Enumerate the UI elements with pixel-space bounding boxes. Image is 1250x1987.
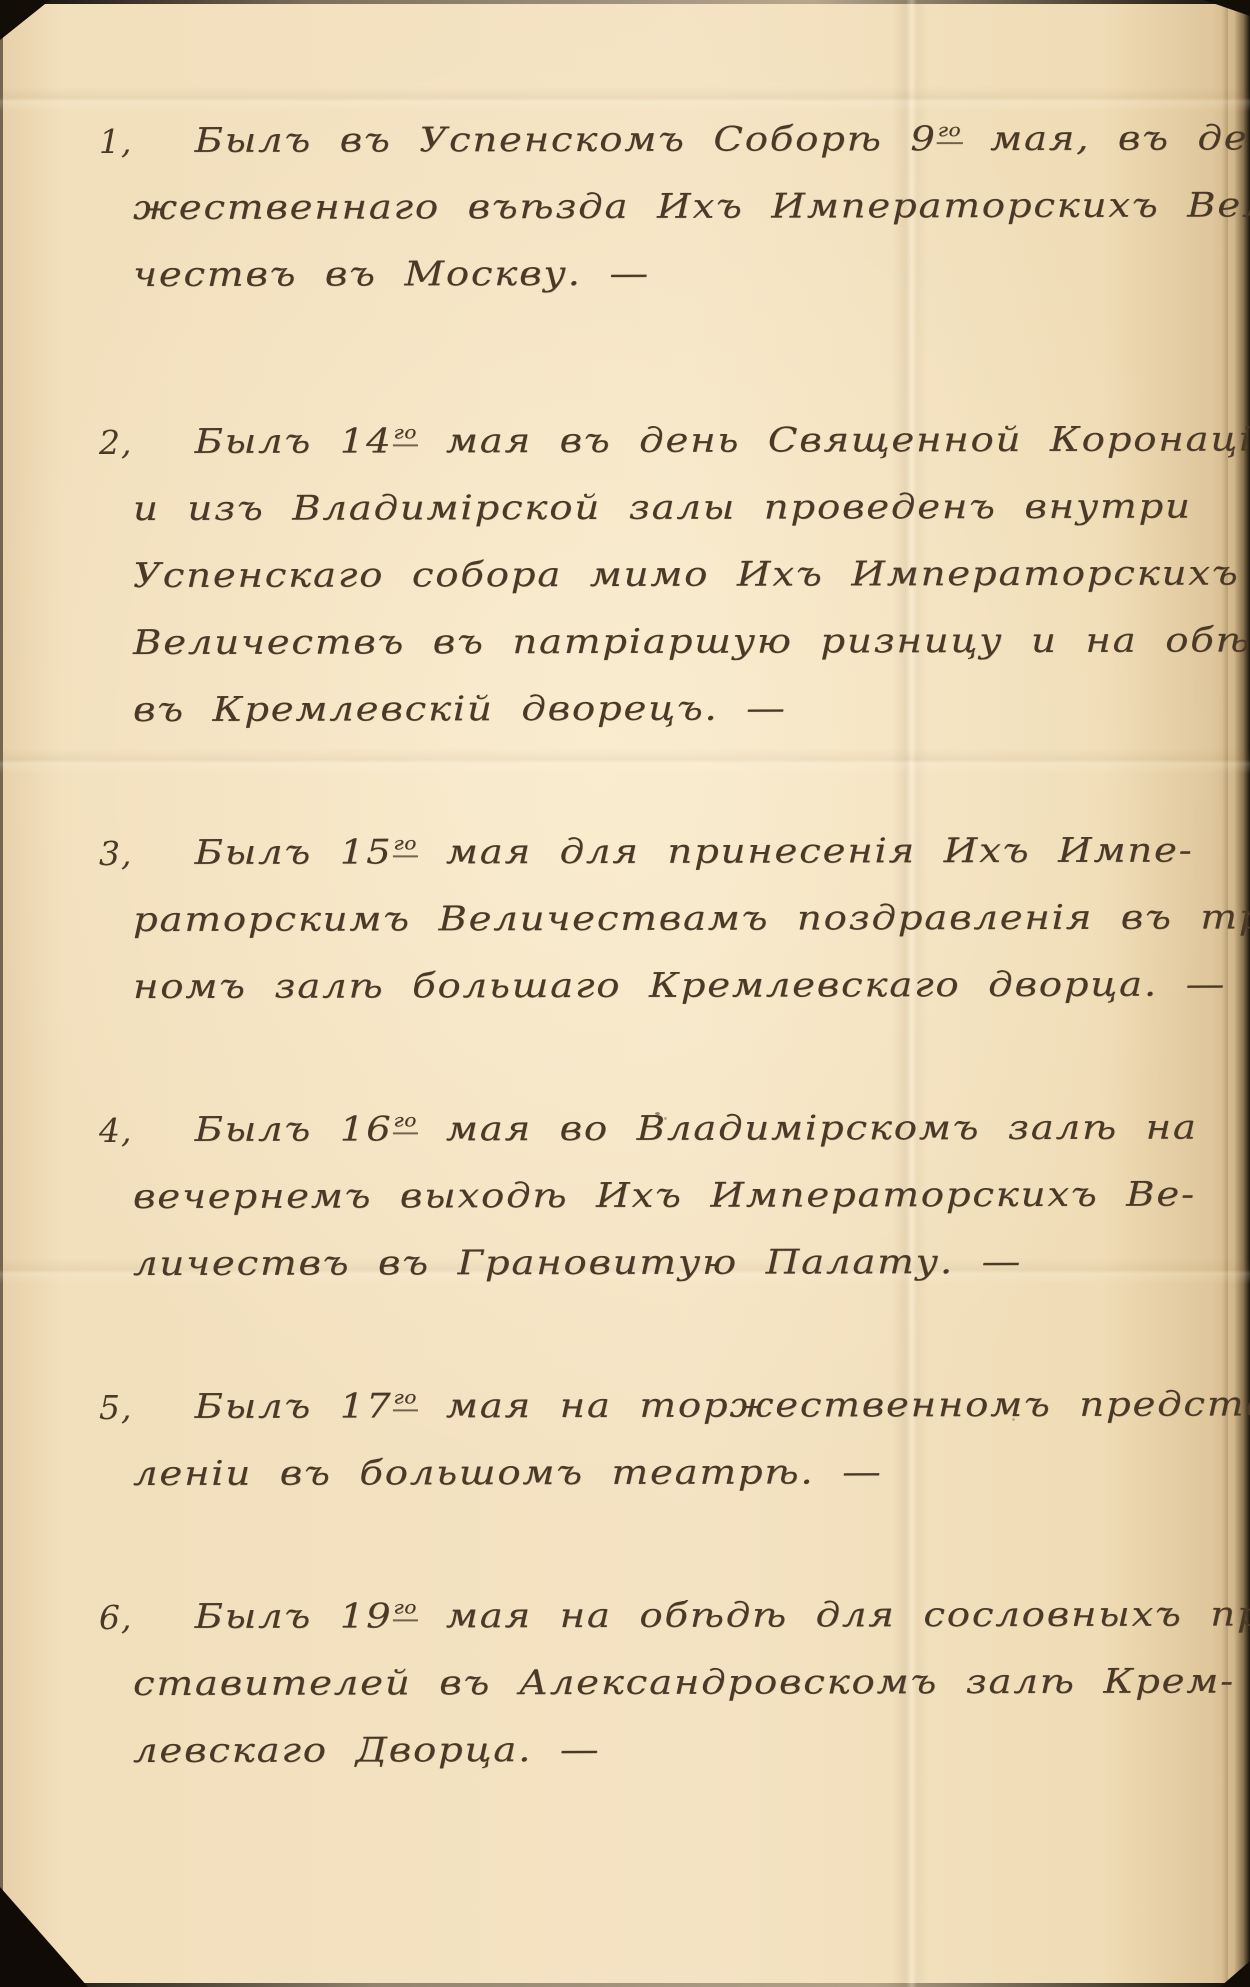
manuscript-line: раторскимъ Величествамъ поздравленія въ … xyxy=(133,884,1250,954)
list-item: 1,Былъ въ Успенскомъ Соборѣ 9го мая, въ … xyxy=(103,108,1195,309)
manuscript-body: 1,Былъ въ Успенскомъ Соборѣ 9го мая, въ … xyxy=(103,108,1195,1861)
item-number: 5, xyxy=(99,1374,133,1441)
list-item: 3,Былъ 15го мая для принесенія Ихъ Импе-… xyxy=(103,820,1195,1021)
date-ordinal-superscript: го xyxy=(392,1111,418,1134)
date-ordinal-superscript: го xyxy=(392,834,418,857)
list-item: 5,Былъ 17го мая на торжественномъ предст… xyxy=(103,1374,1195,1508)
manuscript-line: Былъ 16го мая во Владимірскомъ залѣ на xyxy=(133,1094,1250,1164)
manuscript-line: ставителей въ Александровскомъ залѣ Крем… xyxy=(133,1648,1250,1718)
manuscript-line: въ Кремлевскій дворецъ. — xyxy=(133,674,1250,744)
item-number: 2, xyxy=(99,409,133,476)
manuscript-line: Былъ 14го мая въ день Священной Коронаці… xyxy=(133,406,1250,476)
manuscript-line: и изъ Владимірской залы проведенъ внутри xyxy=(133,473,1250,543)
item-number: 6, xyxy=(99,1584,133,1651)
manuscript-line: Величествъ въ патріаршую ризницу и на об… xyxy=(133,607,1250,677)
manuscript-line: Былъ въ Успенскомъ Соборѣ 9го мая, въ де… xyxy=(133,105,1250,175)
manuscript-line: Былъ 17го мая на торжественномъ представ… xyxy=(133,1371,1250,1441)
manuscript-line: Былъ 15го мая для принесенія Ихъ Импе- xyxy=(133,817,1250,887)
scan-corner-top-left xyxy=(0,0,50,40)
list-item: 6,Былъ 19го мая на обѣдѣ для сословныхъ … xyxy=(103,1584,1195,1785)
manuscript-page: 1,Былъ въ Успенскомъ Соборѣ 9го мая, въ … xyxy=(0,0,1250,1987)
scan-edge-left xyxy=(0,0,3,1987)
manuscript-line: чествъ въ Москву. — xyxy=(133,239,1250,309)
scan-corner-bottom-left xyxy=(0,1887,88,1987)
scan-edge-bottom xyxy=(0,1983,1250,1987)
manuscript-line: жественнаго въѣзда Ихъ Императорскихъ Ве… xyxy=(133,172,1250,242)
manuscript-line: Былъ 19го мая на обѣдѣ для сословныхъ пр… xyxy=(133,1581,1250,1651)
manuscript-line: левскаго Дворца. — xyxy=(133,1715,1250,1785)
manuscript-line: Успенскаго собора мимо Ихъ Императорских… xyxy=(133,540,1250,610)
item-number: 1, xyxy=(99,108,133,175)
item-number: 4, xyxy=(99,1097,133,1164)
manuscript-line: личествъ въ Грановитую Палату. — xyxy=(133,1228,1250,1298)
manuscript-line: вечернемъ выходѣ Ихъ Императорскихъ Ве- xyxy=(133,1161,1250,1231)
list-item: 2,Былъ 14го мая въ день Священной Корона… xyxy=(103,409,1195,744)
manuscript-line: номъ залѣ большаго Кремлевскаго дворца. … xyxy=(133,951,1250,1021)
date-ordinal-superscript: го xyxy=(392,1388,418,1411)
date-ordinal-superscript: го xyxy=(392,1598,418,1621)
date-ordinal-superscript: го xyxy=(937,121,963,144)
scan-edge-top xyxy=(0,0,1250,4)
item-number: 3, xyxy=(99,820,133,887)
date-ordinal-superscript: го xyxy=(392,423,418,446)
manuscript-line: леніи въ большомъ театрѣ. — xyxy=(133,1438,1250,1508)
list-item: 4,Былъ 16го мая во Владимірскомъ залѣ на… xyxy=(103,1097,1195,1298)
